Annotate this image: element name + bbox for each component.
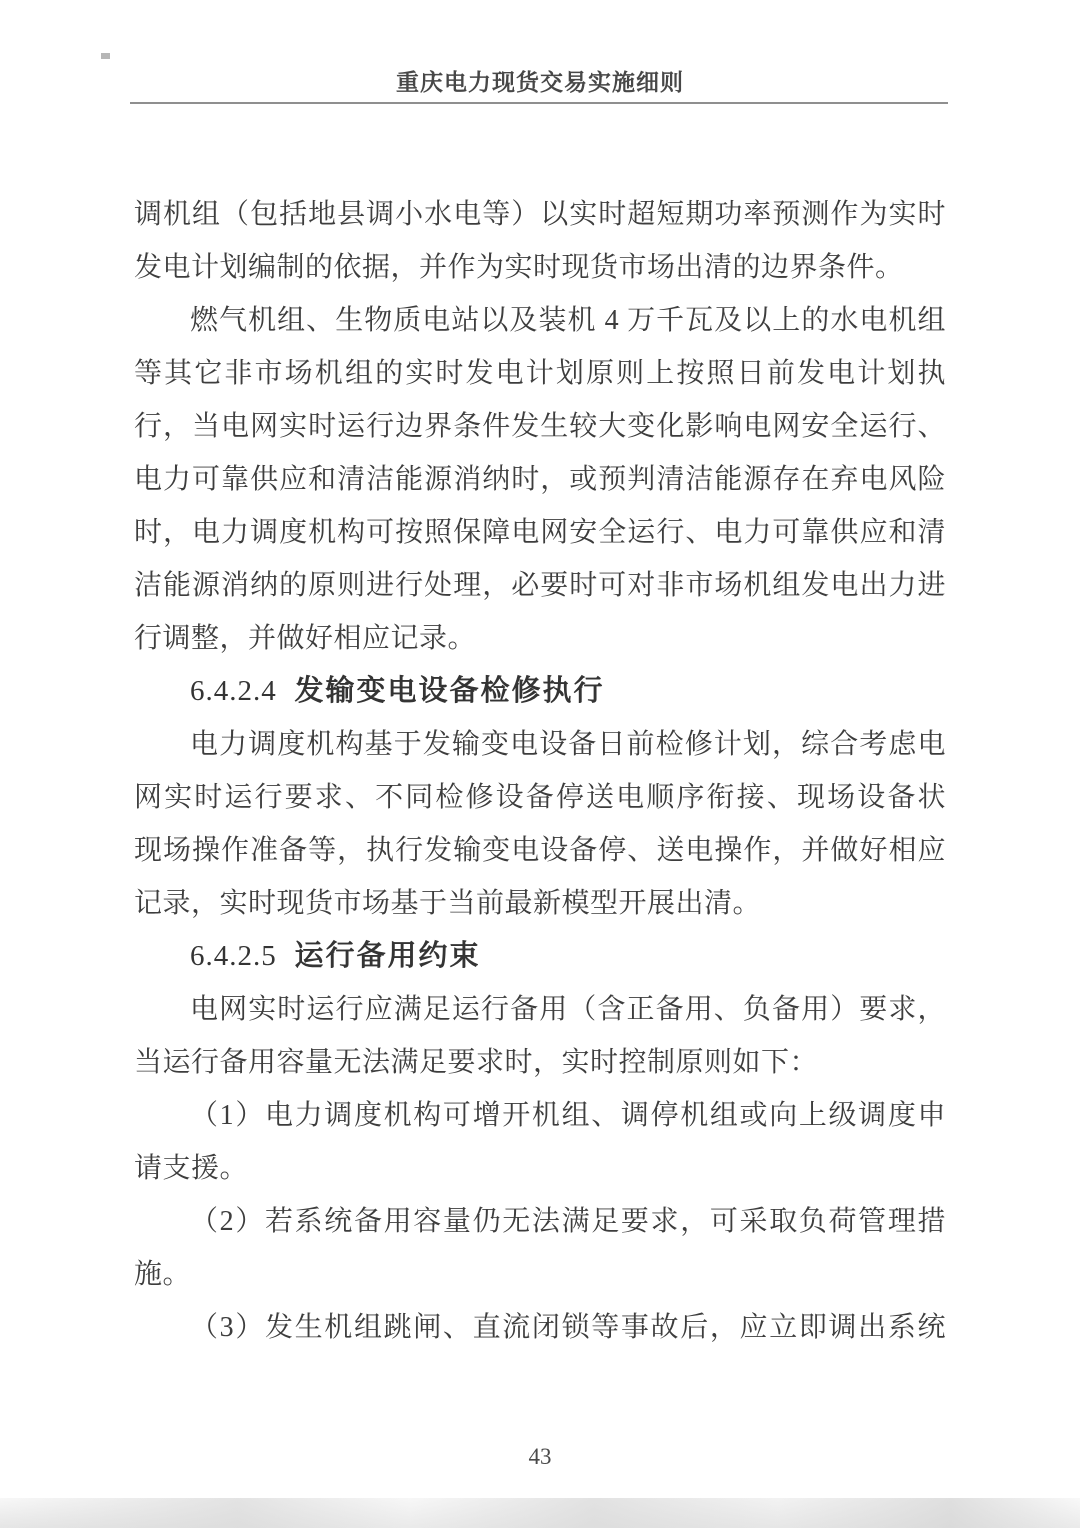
body-line: 洁能源消纳的原则进行处理，必要时可对非市场机组发电出力进 xyxy=(134,559,946,612)
body-line: 时，电力调度机构可按照保障电网安全运行、电力可靠供应和清 xyxy=(134,506,946,559)
scan-artifact-speck xyxy=(101,53,110,59)
body-line: 调机组（包括地县调小水电等）以实时超短期功率预测作为实时 xyxy=(134,188,946,241)
section-number: 6.4.2.5 xyxy=(190,940,277,972)
body-line: 施。 xyxy=(134,1248,946,1301)
body-line: 网实时运行要求、不同检修设备停送电顺序衔接、现场设备状态、 xyxy=(134,771,946,824)
section-number: 6.4.2.4 xyxy=(190,675,277,707)
page-header-title: 重庆电力现货交易实施细则 xyxy=(0,64,1080,97)
body-line: 行，当电网实时运行边界条件发生较大变化影响电网安全运行、 xyxy=(134,400,946,453)
scan-shadow-band xyxy=(0,1498,1080,1528)
body-line: （1）电力调度机构可增开机组、调停机组或向上级调度申 xyxy=(134,1089,946,1142)
section-heading-6425: 6.4.2.5 运行备用约束 xyxy=(134,930,946,983)
section-heading-6424: 6.4.2.4 发输变电设备检修执行 xyxy=(134,665,946,718)
body-line: 行调整，并做好相应记录。 xyxy=(134,612,946,665)
body-line: 等其它非市场机组的实时发电计划原则上按照日前发电计划执 xyxy=(134,347,946,400)
body-line: 燃气机组、生物质电站以及装机 4 万千瓦及以上的水电机组 xyxy=(134,294,946,347)
body-line: 发电计划编制的依据，并作为实时现货市场出清的边界条件。 xyxy=(134,241,946,294)
body-line: 电网实时运行应满足运行备用（含正备用、负备用）要求， xyxy=(134,983,946,1036)
body-line: 请支援。 xyxy=(134,1142,946,1195)
body-line: 电力调度机构基于发输变电设备日前检修计划，综合考虑电 xyxy=(134,718,946,771)
document-page: 重庆电力现货交易实施细则 调机组（包括地县调小水电等）以实时超短期功率预测作为实… xyxy=(0,0,1080,1528)
body-line: （3）发生机组跳闸、直流闭锁等事故后，应立即调出系统 xyxy=(134,1301,946,1354)
body-line: 记录，实时现货市场基于当前最新模型开展出清。 xyxy=(134,877,946,930)
body-line: 现场操作准备等，执行发输变电设备停、送电操作，并做好相应 xyxy=(134,824,946,877)
page-number: 43 xyxy=(0,1444,1080,1470)
section-title: 发输变电设备检修执行 xyxy=(295,675,605,707)
header-divider xyxy=(130,102,948,104)
section-title: 运行备用约束 xyxy=(295,940,481,972)
body-line: （2）若系统备用容量仍无法满足要求，可采取负荷管理措 xyxy=(134,1195,946,1248)
document-body: 调机组（包括地县调小水电等）以实时超短期功率预测作为实时 发电计划编制的依据，并… xyxy=(134,188,946,1354)
body-line: 当运行备用容量无法满足要求时，实时控制原则如下： xyxy=(134,1036,946,1089)
body-line: 电力可靠供应和清洁能源消纳时，或预判清洁能源存在弃电风险 xyxy=(134,453,946,506)
